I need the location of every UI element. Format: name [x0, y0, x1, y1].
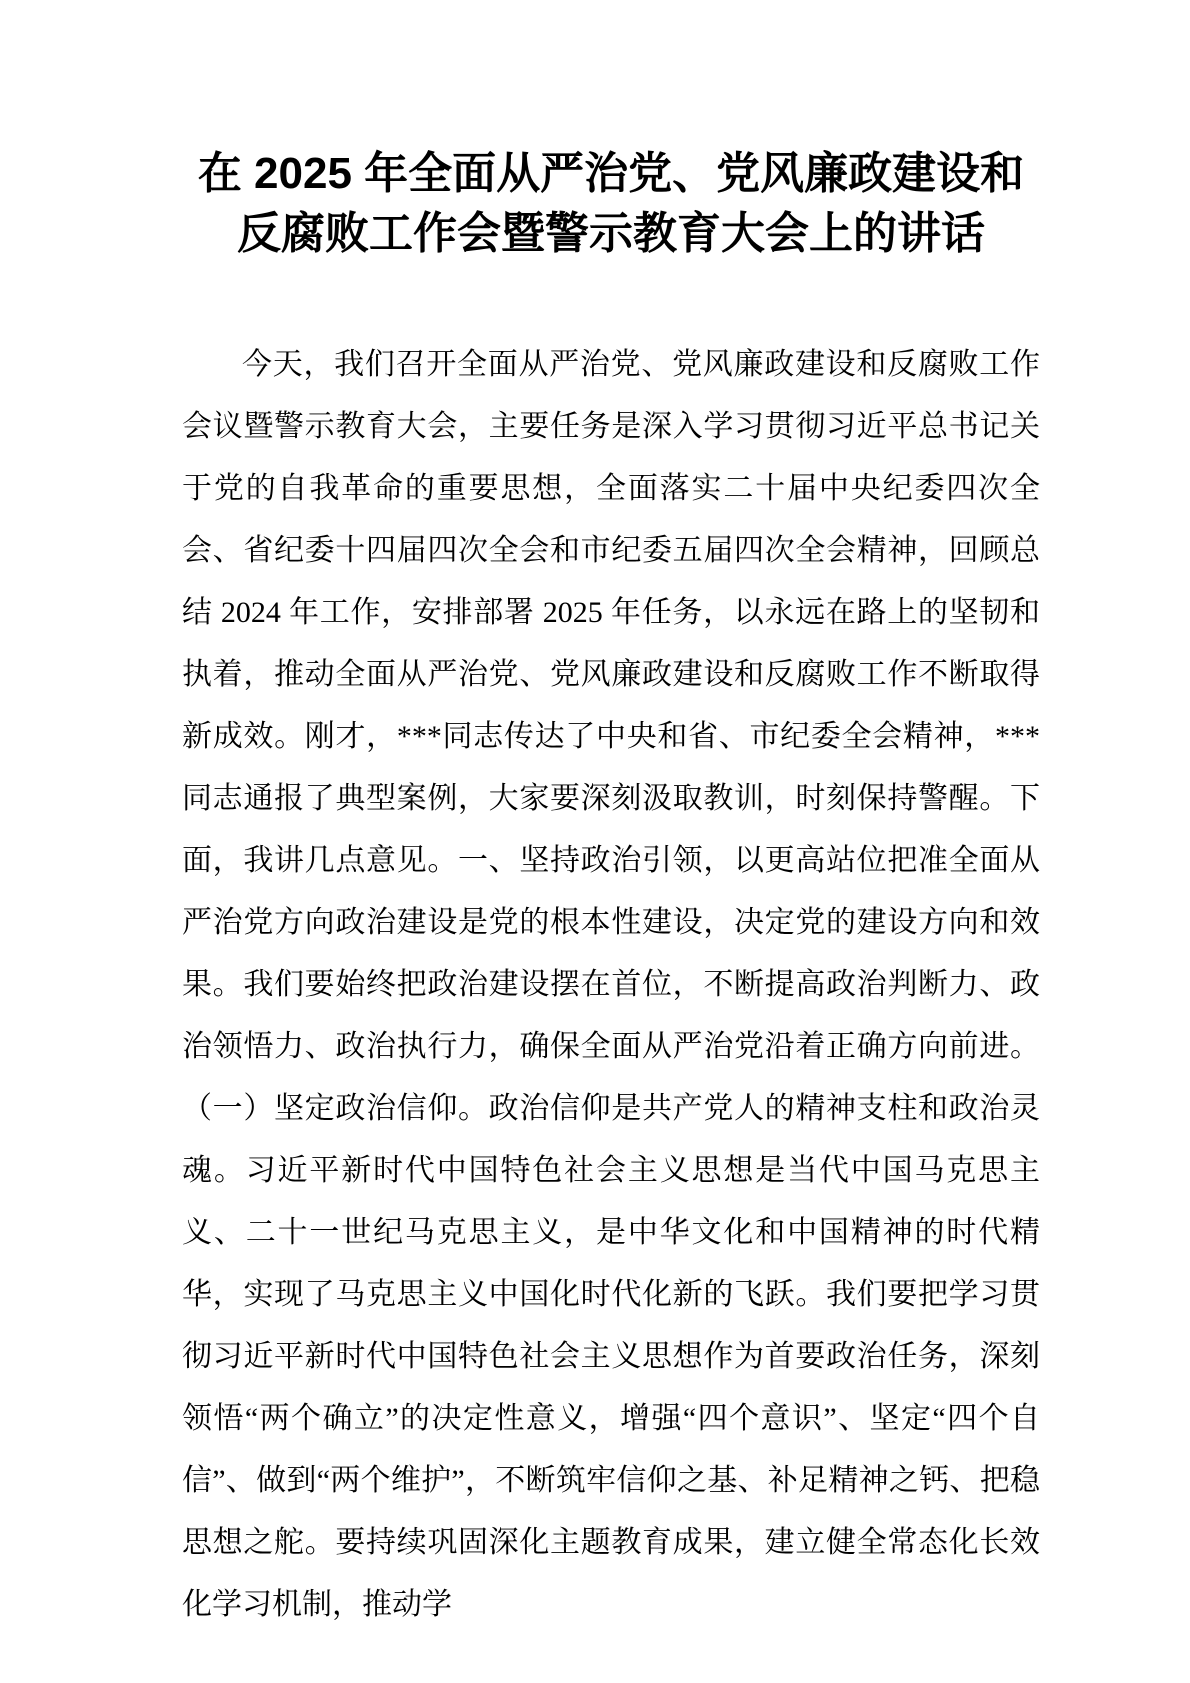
document-title: 在 2025 年全面从严治党、党风廉政建设和 反腐败工作会暨警示教育大会上的讲话	[182, 144, 1040, 264]
title-line-1: 在 2025 年全面从严治党、党风廉政建设和	[182, 144, 1040, 204]
body-paragraph: 今天，我们召开全面从严治党、党风廉政建设和反腐败工作会议暨警示教育大会，主要任务…	[182, 334, 1040, 1636]
document-page: 在 2025 年全面从严治党、党风廉政建设和 反腐败工作会暨警示教育大会上的讲话…	[0, 0, 1190, 1683]
title-line-2: 反腐败工作会暨警示教育大会上的讲话	[182, 204, 1040, 264]
